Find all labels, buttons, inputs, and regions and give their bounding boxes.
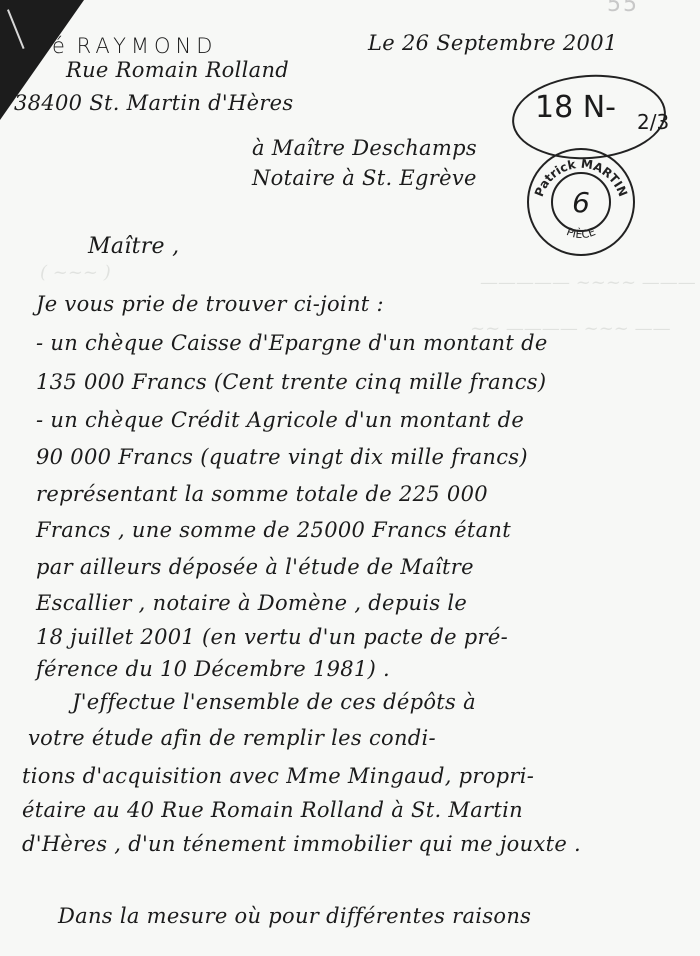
body-line: par ailleurs déposée à l'étude de Maître (36, 557, 474, 578)
body-line: tions d'acquisition avec Mme Mingaud, pr… (22, 766, 534, 787)
body-line: - un chèque Crédit Agricole d'un montant… (36, 410, 524, 431)
sender-street: Rue Romain Rolland (66, 60, 289, 81)
bleed-through-text: ————— ~~~~ ——— (480, 272, 696, 293)
body-line: - un chèque Caisse d'Epargne d'un montan… (36, 333, 548, 354)
sender-name: RAYMOND (77, 34, 218, 58)
body-line: représentant la somme totale de 225 000 (36, 484, 488, 505)
recipient-line-2: Notaire à St. Egrève (252, 168, 477, 189)
letter-date: Le 26 Septembre 2001 (368, 33, 618, 54)
body-line: Je vous prie de trouver ci-joint : (36, 294, 384, 315)
body-line: étaire au 40 Rue Romain Rolland à St. Ma… (22, 800, 523, 821)
body-line: d'Hères , d'un ténement immobilier qui m… (22, 834, 581, 855)
recipient-line-1: à Maître Deschamps (252, 138, 477, 159)
body-line: J'effectue l'ensemble de ces dépôts à (72, 692, 476, 713)
bleed-through-text: ( ~~~ ) (40, 262, 111, 283)
body-line: 135 000 Francs (Cent trente cinq mille f… (36, 372, 546, 393)
body-line: votre étude afin de remplir les condi- (28, 728, 436, 749)
body-line: Dans la mesure où pour différentes raiso… (58, 906, 531, 927)
reference-code: 18 N- (535, 90, 616, 125)
body-line: 90 000 Francs (quatre vingt dix mille fr… (36, 447, 528, 468)
salutation: Maître , (88, 236, 179, 258)
sender-city: 38400 St. Martin d'Hères (14, 93, 293, 114)
sender-name-line: é RAYMOND (52, 36, 217, 57)
body-line: Escallier , notaire à Domène , depuis le (36, 593, 467, 614)
body-line: 18 juillet 2001 (en vertu d'un pacte de … (36, 627, 508, 648)
reference-fraction: 2/3 (637, 110, 669, 134)
sender-name-prefix: é (52, 34, 65, 58)
attorney-piece-stamp: Patrick MARTIN PIÈCE 6 (527, 148, 635, 256)
body-line: férence du 10 Décembre 1981) . (36, 659, 390, 680)
page-number-mark: 55 (607, 0, 639, 17)
stamp-number: 6 (551, 172, 611, 232)
body-line: Francs , une somme de 25000 Francs étant (36, 520, 511, 541)
